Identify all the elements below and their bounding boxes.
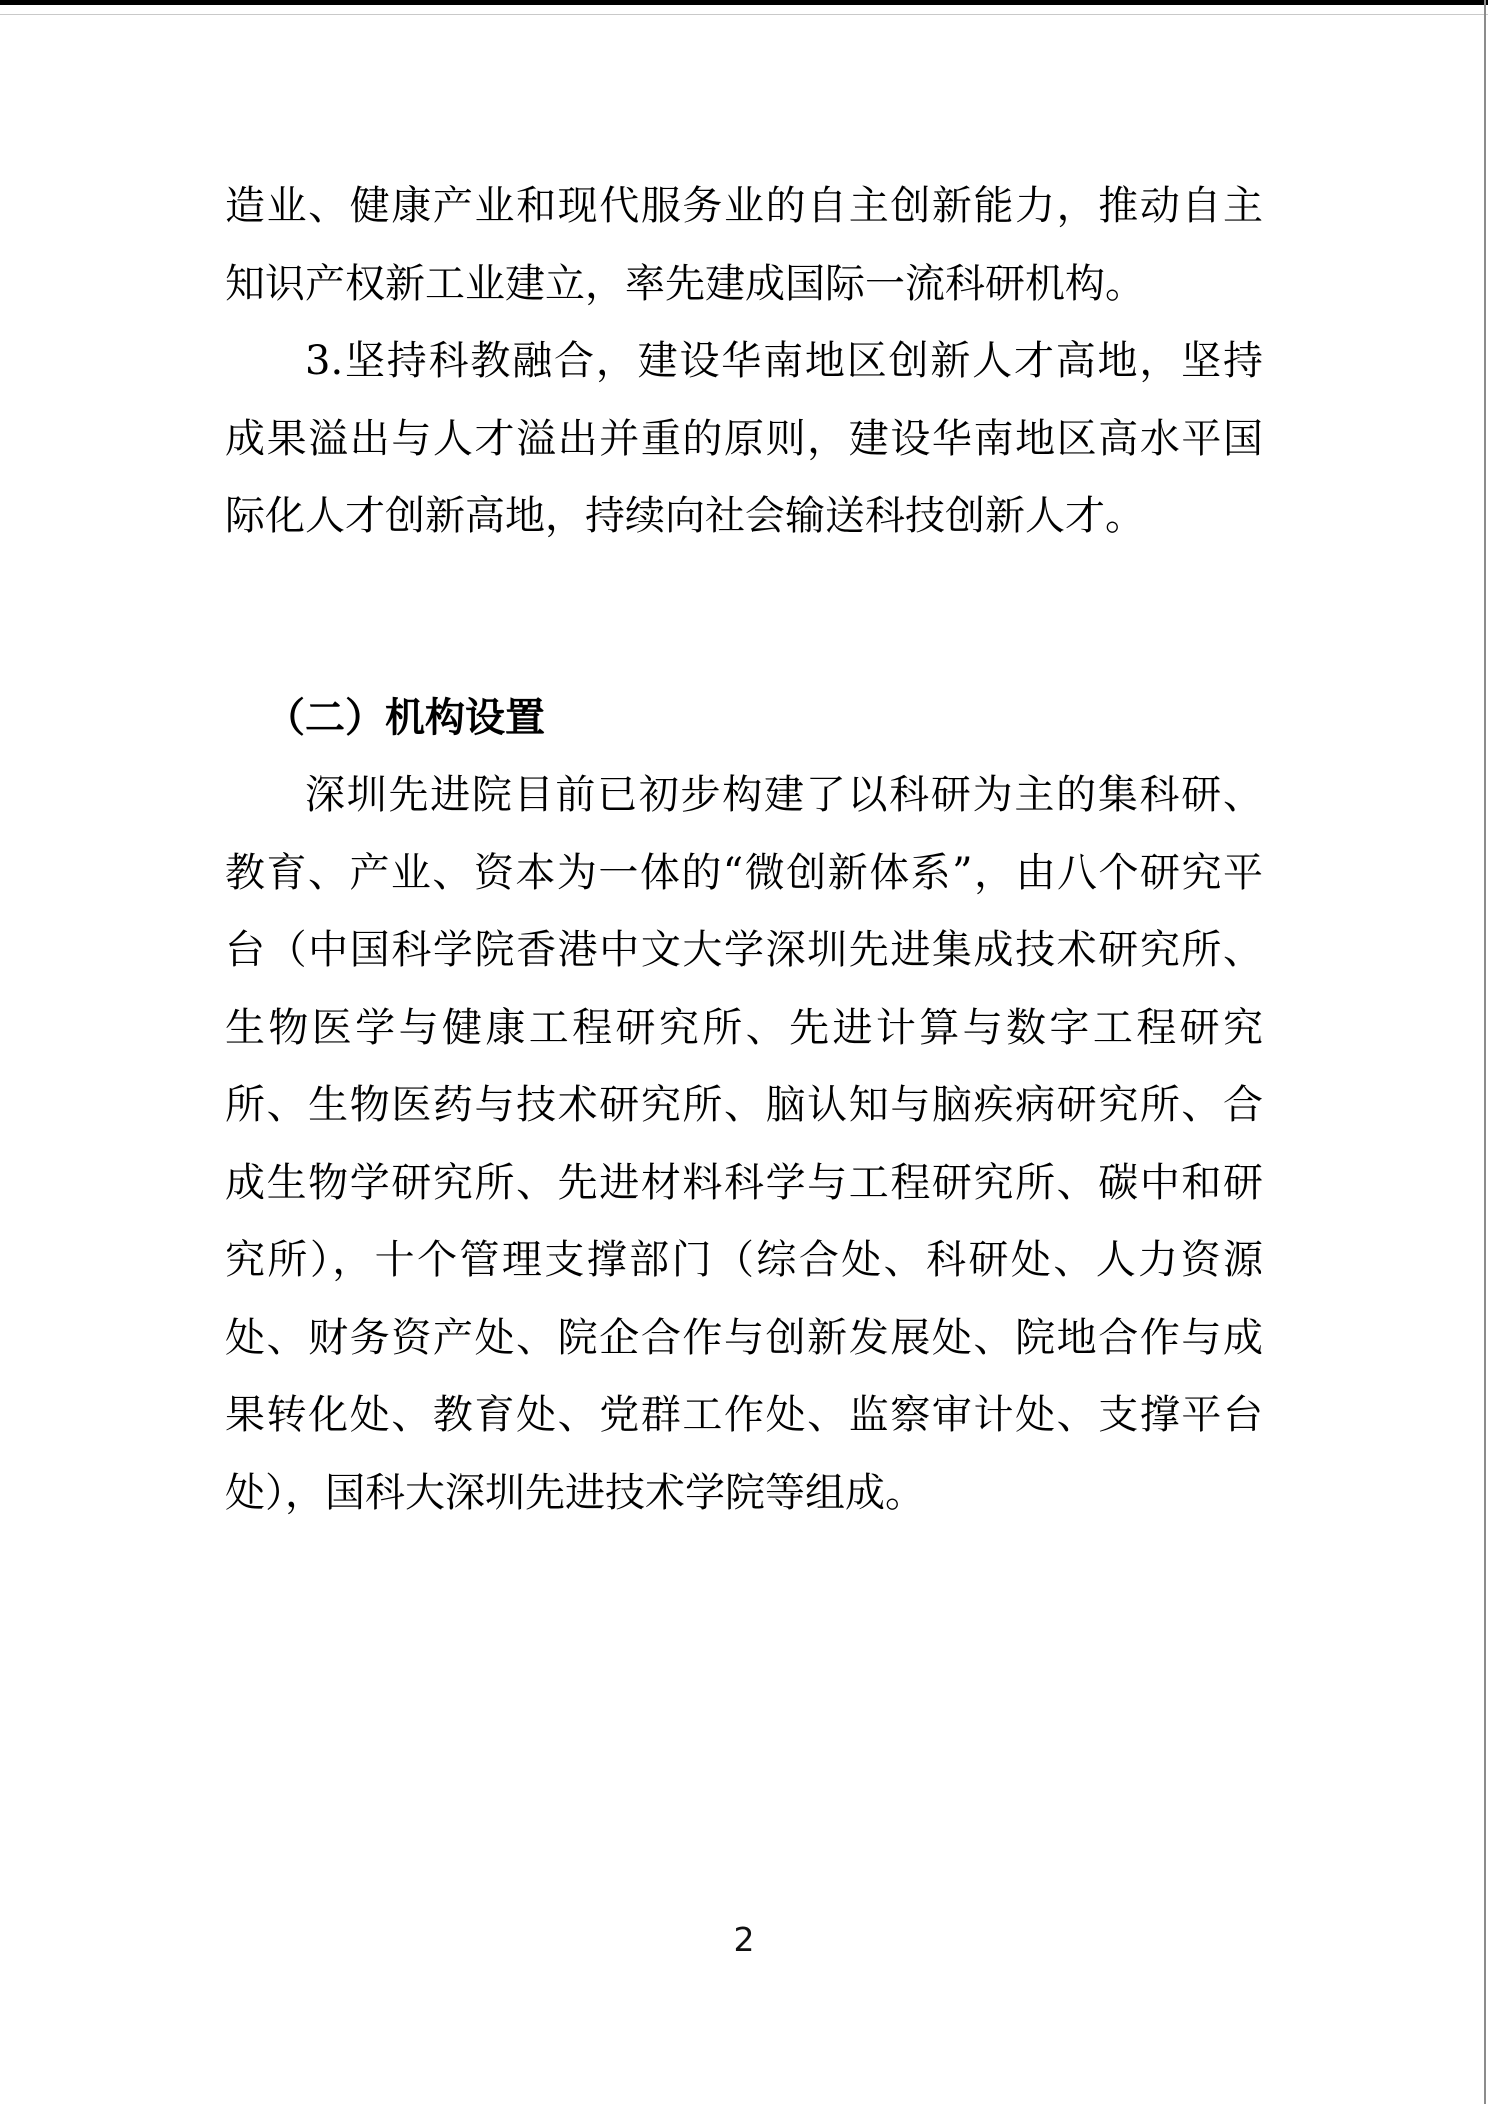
paragraph-organization-structure: 深圳先进院目前已初步构建了以科研为主的集科研、教育、产业、资本为一体的“微创新体… <box>225 757 1263 1532</box>
window-right-edge <box>1484 0 1486 2104</box>
paragraph-point-3: 3.坚持科教融合，建设华南地区创新人才高地，坚持成果溢出与人才溢出并重的原则，建… <box>225 323 1263 556</box>
section-heading-organization: （二）机构设置 <box>225 680 1263 758</box>
page-top-divider <box>0 14 1488 15</box>
paragraph-continuation: 造业、健康产业和现代服务业的自主创新能力，推动自主知识产权新工业建立，率先建成国… <box>225 168 1263 323</box>
document-page: 造业、健康产业和现代服务业的自主创新能力，推动自主知识产权新工业建立，率先建成国… <box>0 0 1488 2104</box>
section-gap <box>225 556 1263 680</box>
page-content: 造业、健康产业和现代服务业的自主创新能力，推动自主知识产权新工业建立，率先建成国… <box>225 168 1263 1532</box>
page-number: 2 <box>0 1920 1488 1960</box>
window-top-edge <box>0 0 1488 5</box>
